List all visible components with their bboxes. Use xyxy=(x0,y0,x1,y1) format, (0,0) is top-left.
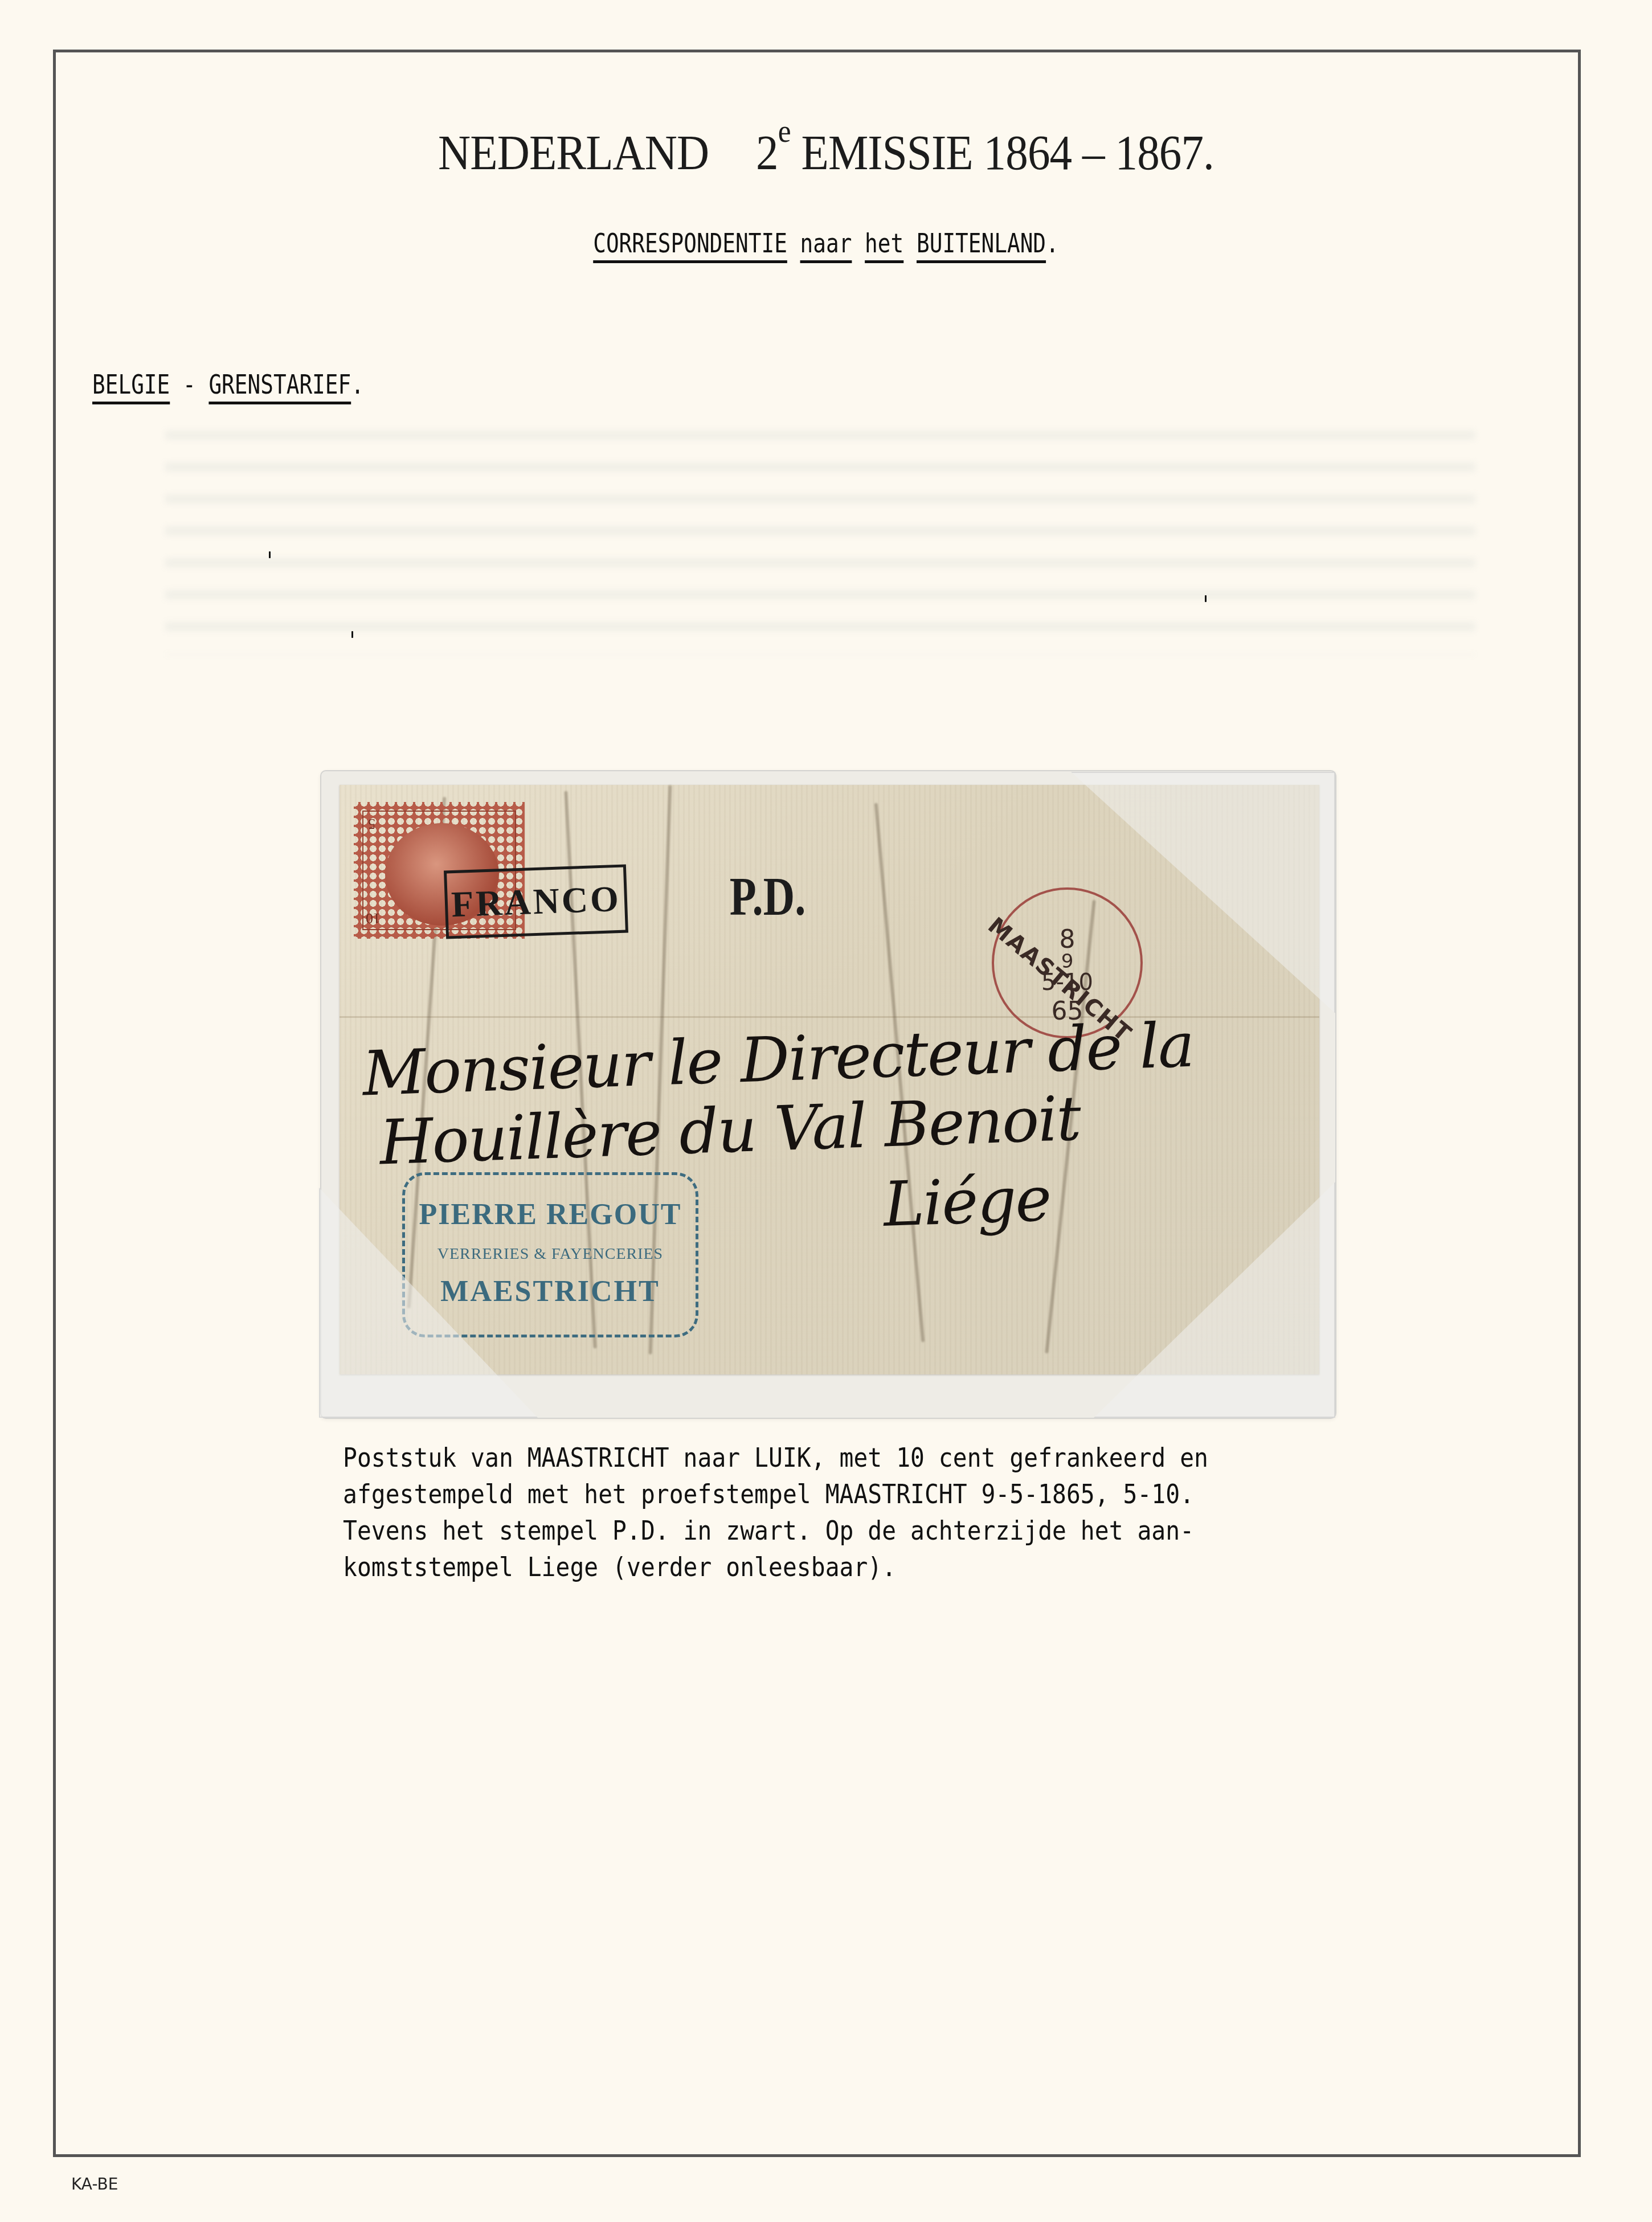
paper-speck xyxy=(351,631,353,638)
address-line-3: Liége xyxy=(882,1164,1052,1241)
caption-line: Tevens het stempel P.D. in zwart. Op de … xyxy=(343,1513,1245,1549)
section-country: BELGIE xyxy=(92,369,170,400)
section-heading: BELGIE - GRENSTARIEF. xyxy=(92,369,364,400)
title-country: NEDERLAND xyxy=(438,125,709,180)
paper-speck xyxy=(1205,595,1207,602)
subtitle-word: naar xyxy=(800,228,852,259)
caption-line: afgestempeld met het proefstempel MAASTR… xyxy=(343,1476,1245,1513)
section-end: . xyxy=(351,369,364,400)
caption-line: Poststuk van MAASTRICHT naar LUIK, met 1… xyxy=(343,1440,1245,1476)
bleed-through-text xyxy=(165,416,1475,655)
franco-mark: FRANCO xyxy=(444,864,628,939)
page-code: KA-BE xyxy=(71,2175,118,2194)
description-caption: Poststuk van MAASTRICHT naar LUIK, met 1… xyxy=(343,1440,1245,1586)
sender-name: PIERRE REGOUT xyxy=(405,1198,696,1231)
subtitle-word: BUITENLAND xyxy=(917,228,1046,259)
page-title: NEDERLAND2e EMISSIE 1864 – 1867. xyxy=(66,124,1586,181)
caption-line: komststempel Liege (verder onleesbaar). xyxy=(343,1549,1245,1586)
subtitle-end: . xyxy=(1046,228,1059,259)
sender-town: MAESTRICHT xyxy=(405,1275,696,1308)
subtitle-word: het xyxy=(865,228,903,259)
section-tariff: GRENSTARIEF xyxy=(208,369,351,400)
title-issue: EMISSIE 1864 – 1867. xyxy=(801,125,1213,180)
section-separator: - xyxy=(183,369,196,400)
paper-speck xyxy=(269,551,271,558)
title-issue-number: 2 xyxy=(756,125,778,180)
sender-cachet: PIERRE REGOUT VERRERIES & FAYENCERIES MA… xyxy=(402,1172,698,1337)
page-subtitle: CORRESPONDENTIE naar het BUITENLAND. xyxy=(149,228,1503,259)
title-issue-suffix: e xyxy=(778,114,791,149)
subtitle-word: CORRESPONDENTIE xyxy=(593,228,787,259)
postal-cover: 5 10 FRANCO P.D. MAASTRICHT 8 9 5-10 65 … xyxy=(340,785,1319,1374)
sender-trade: VERRERIES & FAYENCERIES xyxy=(405,1245,696,1263)
pd-mark: P.D. xyxy=(730,865,806,928)
stamp-value-top: 5 xyxy=(368,815,375,832)
postmark-time: 5-10 xyxy=(994,969,1140,996)
stamp-value-bottom: 10 xyxy=(366,910,381,927)
